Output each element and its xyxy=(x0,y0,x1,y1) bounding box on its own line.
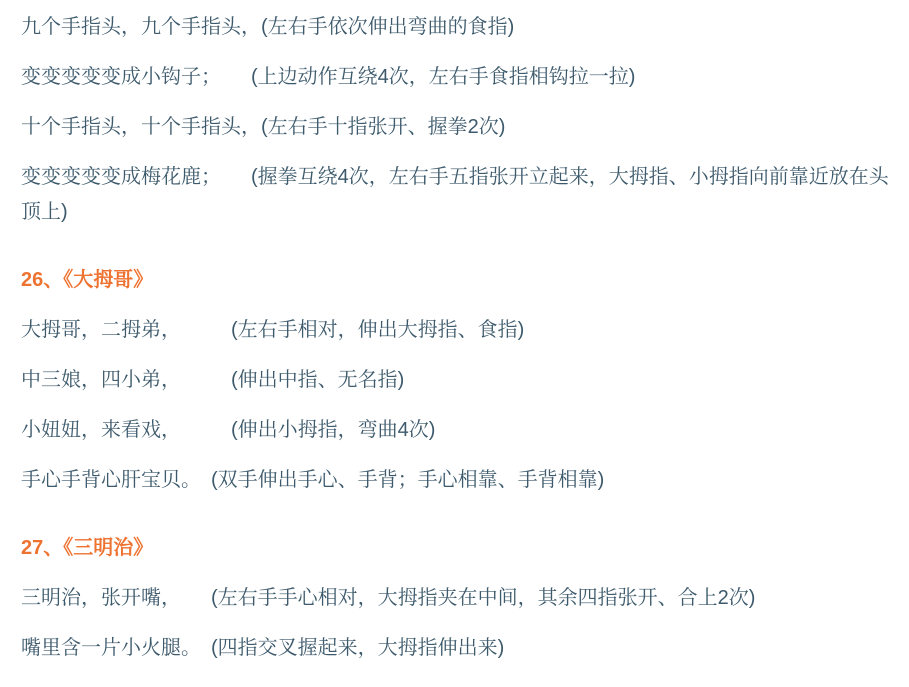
rhyme-line: 手心手背心肝宝贝。 (双手伸出手心、手背；手心相靠、手背相靠) xyxy=(21,463,901,498)
section-heading-27: 27、《三明治》 xyxy=(21,531,901,566)
rhyme-line: 三明治，张开嘴， (左右手手心相对，大拇指夹在中间，其余四指张开、合上2次) xyxy=(21,581,901,616)
rhyme-line: 嘴里含一片小火腿。 (四指交叉握起来，大拇指伸出来) xyxy=(21,631,901,666)
rhyme-line: 变变变变变成小钩子； (上边动作互绕4次，左右手食指相钩拉一拉) xyxy=(21,60,901,95)
rhyme-line: 变变变变变成梅花鹿； (握拳互绕4次，左右手五指张开立起来，大拇指、小拇指向前靠… xyxy=(21,160,901,230)
rhyme-line: 十个手指头，十个手指头，(左右手十指张开、握拳2次) xyxy=(21,110,901,145)
document-page: 九个手指头，九个手指头，(左右手依次伸出弯曲的食指) 变变变变变成小钩子； (上… xyxy=(0,0,909,687)
rhyme-line: 小妞妞，来看戏， (伸出小拇指，弯曲4次) xyxy=(21,413,901,448)
rhyme-line: 中三娘，四小弟， (伸出中指、无名指) xyxy=(21,363,901,398)
rhyme-line: 九个手指头，九个手指头，(左右手依次伸出弯曲的食指) xyxy=(21,10,901,45)
section-heading-26: 26、《大拇哥》 xyxy=(21,263,901,298)
rhyme-line: 大拇哥，二拇弟， (左右手相对，伸出大拇指、食指) xyxy=(21,313,901,348)
